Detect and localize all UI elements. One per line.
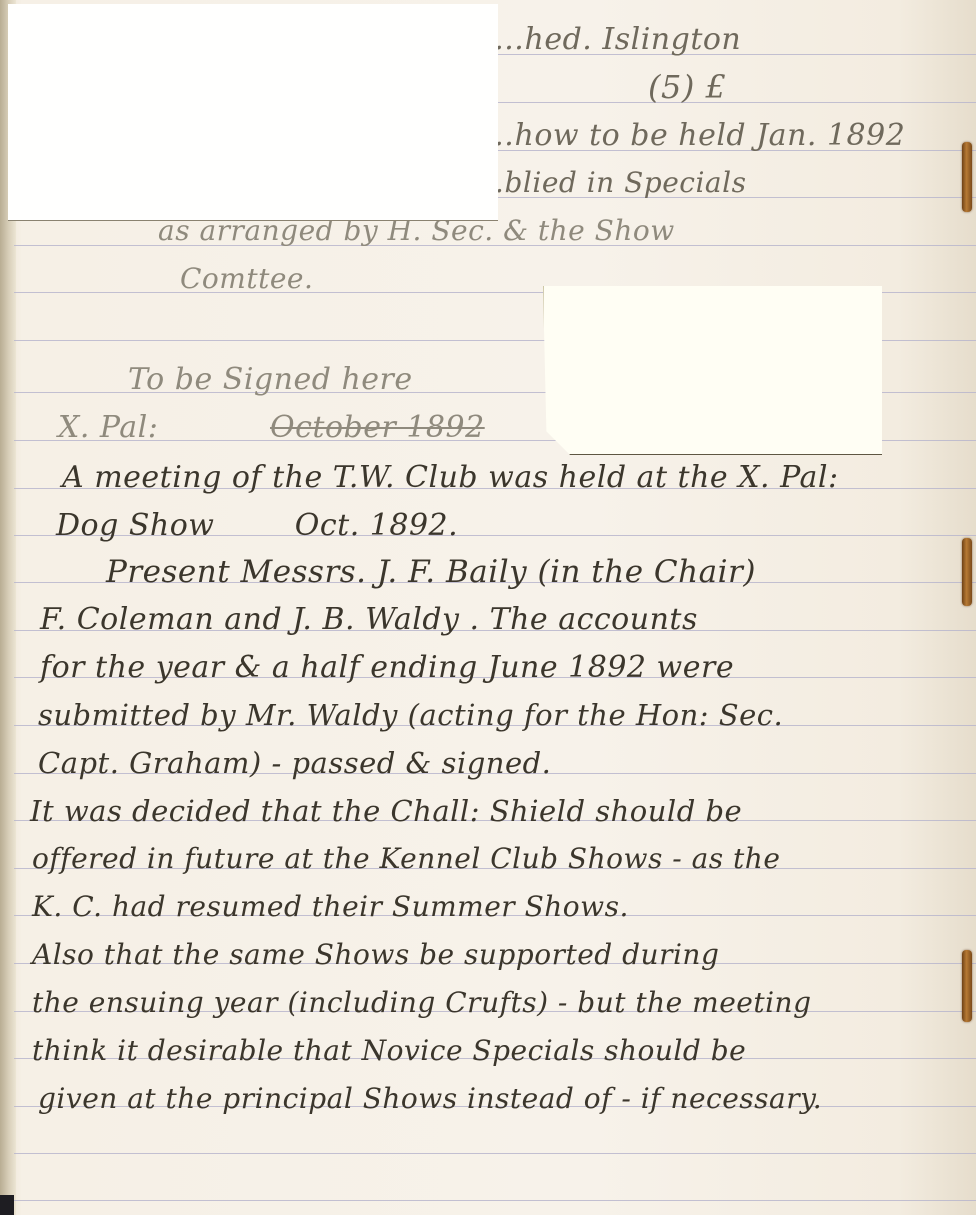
- handwritten-line: (5) £: [648, 68, 726, 106]
- minutes-line: F. Coleman and J. B. Waldy . The account…: [40, 602, 698, 637]
- minutes-line: the ensuing year (including Crufts) - bu…: [32, 986, 812, 1019]
- minutes-line: Also that the same Shows be supported du…: [32, 938, 719, 971]
- ruled-line: [14, 1200, 976, 1201]
- handwritten-line: …hed. Islington: [494, 22, 741, 57]
- minutes-line: Dog Show Oct. 1892.: [56, 508, 458, 543]
- handwritten-line: …how to be held Jan. 1892: [484, 118, 905, 153]
- minutes-line: It was decided that the Chall: Shield sh…: [30, 794, 742, 828]
- pasted-paper-patch: [543, 286, 882, 455]
- handwritten-line: Comttee.: [180, 262, 313, 295]
- minutes-line: K. C. had resumed their Summer Shows.: [32, 890, 629, 923]
- binding-staple: [962, 950, 972, 1022]
- minutes-line: given at the principal Shows instead of …: [38, 1082, 822, 1115]
- signature-location: X. Pal:: [58, 410, 158, 445]
- minutes-line: offered in future at the Kennel Club Sho…: [32, 842, 780, 875]
- minutes-line: think it desirable that Novice Specials …: [32, 1034, 746, 1067]
- page-corner-shadow: [0, 1195, 14, 1215]
- binding-staple: [962, 538, 972, 606]
- notebook-page: …hed. Islington (5) £ …how to be held Ja…: [0, 0, 976, 1215]
- pasted-paper-patch: [8, 4, 498, 220]
- minutes-line: A meeting of the T.W. Club was held at t…: [62, 460, 839, 495]
- minutes-line: submitted by Mr. Waldy (acting for the H…: [38, 698, 783, 732]
- signature-date: October 1892: [270, 410, 485, 445]
- minutes-line: Present Messrs. J. F. Baily (in the Chai…: [106, 554, 756, 590]
- minutes-line: Capt. Graham) - passed & signed.: [38, 746, 551, 780]
- signature-instruction: To be Signed here: [128, 362, 413, 397]
- minutes-line: for the year & a half ending June 1892 w…: [40, 650, 734, 685]
- ruled-line: [14, 1153, 976, 1154]
- binding-staple: [962, 142, 972, 212]
- handwritten-line: …blied in Specials: [476, 166, 746, 199]
